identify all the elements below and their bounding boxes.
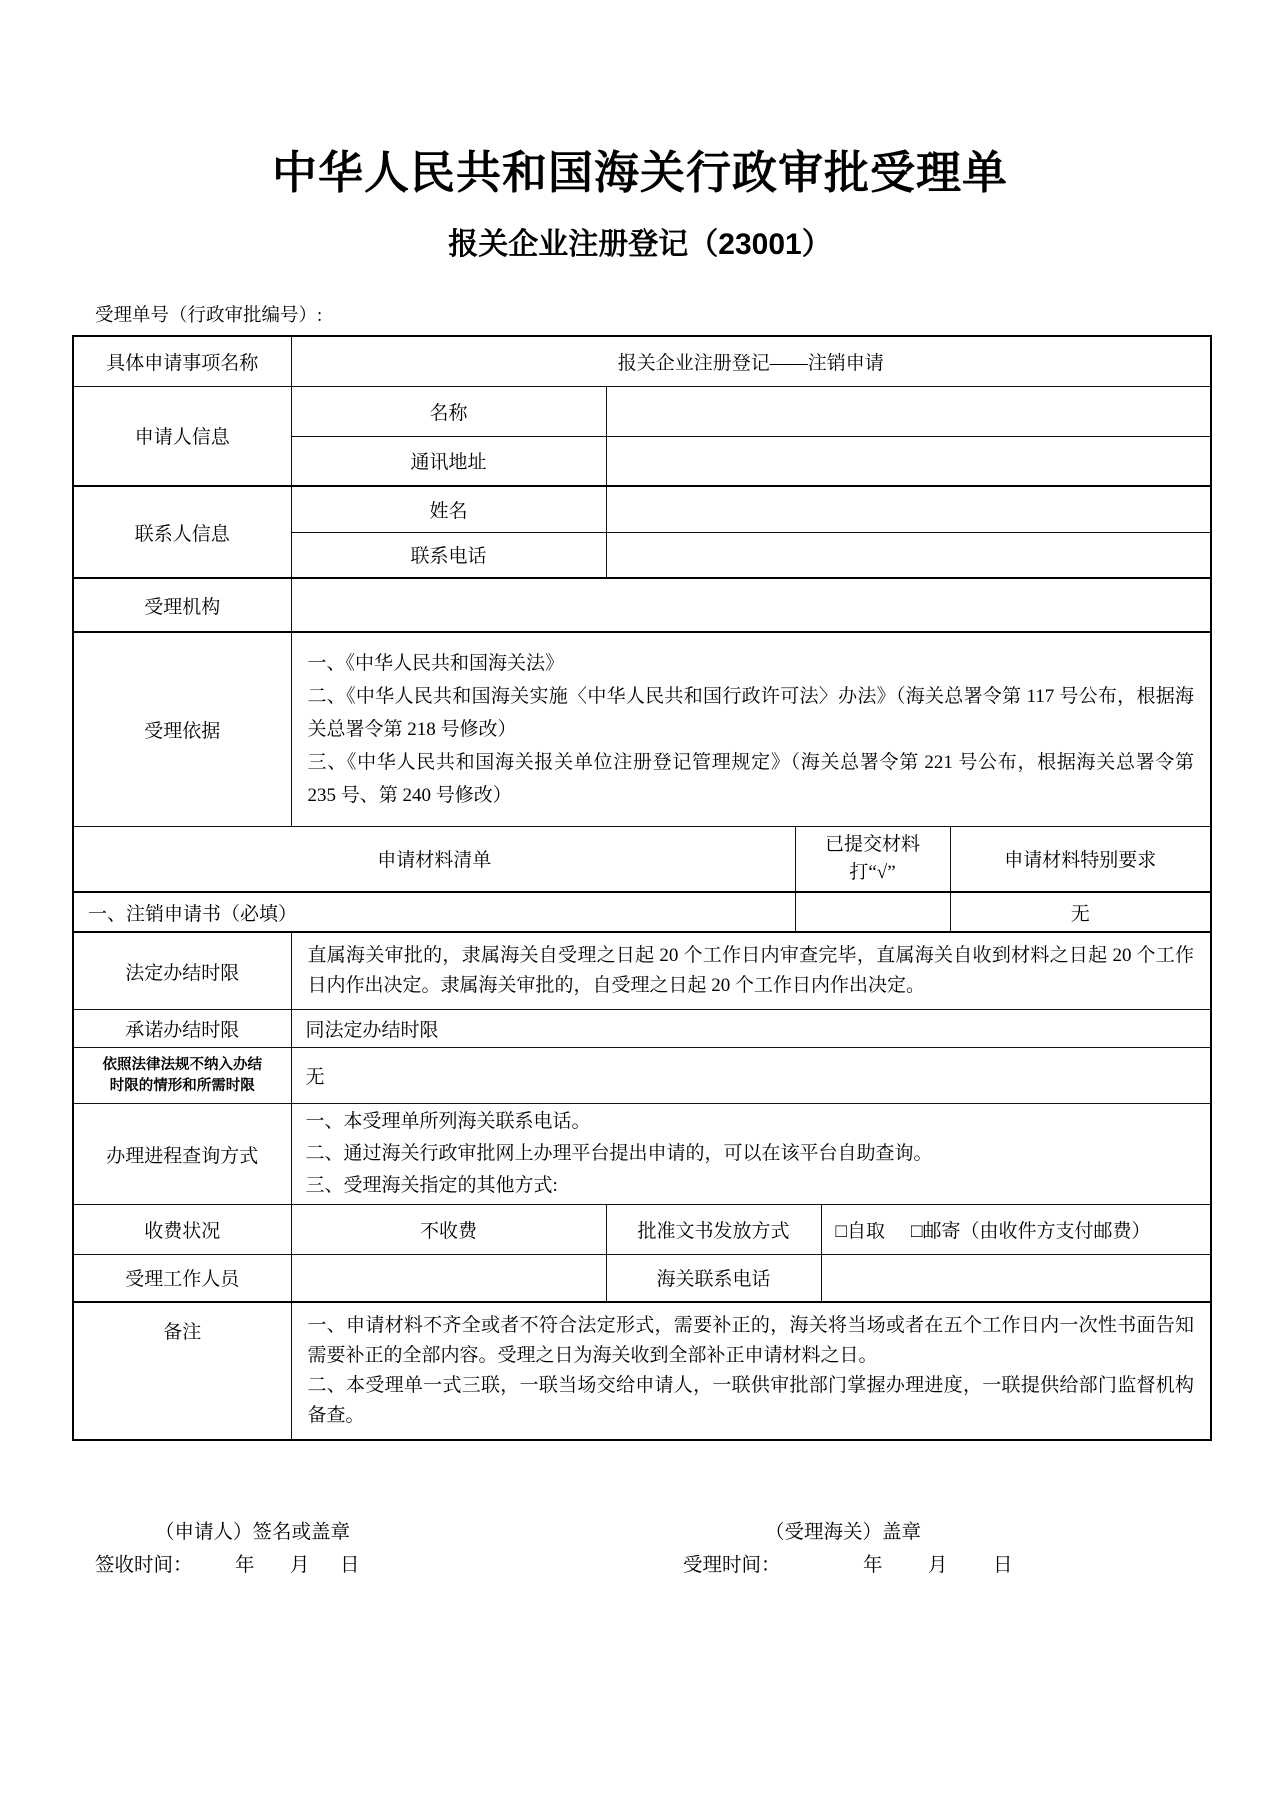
item-name-value: 报关企业注册登记——注销申请 — [291, 336, 1211, 386]
progress-query-line1: 一、本受理单所列海关联系电话。 — [306, 1106, 1197, 1138]
applicant-info-label: 申请人信息 — [73, 386, 291, 486]
contact-info-label: 联系人信息 — [73, 486, 291, 578]
staff-field[interactable] — [291, 1255, 606, 1302]
remarks-line1: 一、申请材料不齐全或者不符合法定形式，需要补正的，海关将当场或者在五个工作日内一… — [308, 1311, 1195, 1371]
contact-name-field[interactable] — [606, 486, 1211, 532]
material-row-name: 一、注销申请书（必填） — [73, 892, 795, 932]
remarks-line2: 二、本受理单一式三联，一联当场交给申请人，一联供审批部门掌握办理进度，一联提供给… — [308, 1371, 1195, 1431]
basis-line-2: 二、《中华人民共和国海关实施〈中华人民共和国行政许可法〉办法》（海关总署令第 1… — [308, 680, 1195, 746]
accept-time-year-label: 年 — [863, 1549, 883, 1577]
form-number-label: 受理单号（行政审批编号）: — [95, 306, 322, 326]
customs-phone-label: 海关联系电话 — [606, 1255, 821, 1302]
customs-seal-label: （受理海关）盖章 — [765, 1516, 921, 1544]
progress-query-label: 办理进程查询方式 — [73, 1104, 291, 1205]
material-row-special: 无 — [950, 892, 1211, 932]
applicant-name-field[interactable] — [606, 386, 1211, 436]
materials-submitted-line1: 已提交材料 — [800, 831, 946, 859]
sign-time-label: 签收时间： — [95, 1549, 193, 1577]
fee-status-label: 收费状况 — [73, 1205, 291, 1255]
accept-time-label: 受理时间： — [683, 1549, 781, 1577]
remarks-label: 备注 — [73, 1302, 291, 1440]
contact-phone-field[interactable] — [606, 532, 1211, 578]
item-name-label: 具体申请事项名称 — [73, 336, 291, 386]
accept-time-month-label: 月 — [928, 1549, 948, 1577]
sign-time-day-label: 日 — [340, 1549, 360, 1577]
applicant-sign-label: （申请人）签名或盖章 — [155, 1516, 350, 1544]
applicant-address-label: 通讯地址 — [291, 436, 606, 486]
basis-line-1: 一、《中华人民共和国海关法》 — [308, 647, 1195, 680]
materials-list-header: 申请材料清单 — [73, 826, 795, 892]
promised-limit-value: 同法定办结时限 — [291, 1010, 1211, 1048]
material-row-submitted-cell[interactable] — [795, 892, 950, 932]
materials-submitted-line2: 打“√” — [800, 859, 946, 887]
statutory-limit-label: 法定办结时限 — [73, 932, 291, 1010]
accepting-org-label: 受理机构 — [73, 578, 291, 632]
page-subtitle: 报关企业注册登记（23001） — [0, 219, 1280, 263]
materials-special-header: 申请材料特别要求 — [950, 826, 1211, 892]
acceptance-form-table: 具体申请事项名称 报关企业注册登记——注销申请 申请人信息 名称 通讯地址 联系… — [72, 335, 1212, 1441]
customs-phone-field[interactable] — [821, 1255, 1211, 1302]
fee-status-value: 不收费 — [291, 1205, 606, 1255]
form-number-line: 受理单号（行政审批编号）: — [95, 301, 322, 327]
document-delivery-label: 批准文书发放方式 — [606, 1205, 821, 1255]
accept-time-day-label: 日 — [993, 1549, 1013, 1577]
pickup-option-label: 自取 — [847, 1221, 885, 1242]
excluded-limit-label-line2: 时限的情形和所需时限 — [78, 1076, 287, 1097]
pickup-checkbox[interactable]: □ — [836, 1221, 847, 1243]
excluded-limit-label: 依照法律法规不纳入办结 时限的情形和所需时限 — [73, 1048, 291, 1104]
progress-query-content: 一、本受理单所列海关联系电话。 二、通过海关行政审批网上办理平台提出申请的，可以… — [291, 1104, 1211, 1205]
document-delivery-options: □自取□邮寄（由收件方支付邮费） — [821, 1205, 1211, 1255]
progress-query-line3: 三、受理海关指定的其他方式: — [306, 1170, 1197, 1202]
basis-content: 一、《中华人民共和国海关法》 二、《中华人民共和国海关实施〈中华人民共和国行政许… — [291, 632, 1211, 826]
excluded-limit-value: 无 — [291, 1048, 1211, 1104]
basis-line-3: 三、《中华人民共和国海关报关单位注册登记管理规定》（海关总署令第 221 号公布… — [308, 746, 1195, 812]
staff-label: 受理工作人员 — [73, 1255, 291, 1302]
sign-time-year-label: 年 — [235, 1549, 255, 1577]
excluded-limit-label-line1: 依照法律法规不纳入办结 — [78, 1055, 287, 1076]
statutory-limit-value: 直属海关审批的，隶属海关自受理之日起 20 个工作日内审查完毕，直属海关自收到材… — [291, 932, 1211, 1010]
applicant-name-label: 名称 — [291, 386, 606, 436]
page-title: 中华人民共和国海关行政审批受理单 — [0, 136, 1280, 201]
contact-name-label: 姓名 — [291, 486, 606, 532]
mail-option-label: 邮寄（由收件方支付邮费） — [922, 1221, 1150, 1242]
promised-limit-label: 承诺办结时限 — [73, 1010, 291, 1048]
accepting-org-field[interactable] — [291, 578, 1211, 632]
sign-time-month-label: 月 — [290, 1549, 310, 1577]
contact-phone-label: 联系电话 — [291, 532, 606, 578]
mail-checkbox[interactable]: □ — [911, 1221, 922, 1243]
progress-query-line2: 二、通过海关行政审批网上办理平台提出申请的，可以在该平台自助查询。 — [306, 1138, 1197, 1170]
basis-label: 受理依据 — [73, 632, 291, 826]
remarks-content: 一、申请材料不齐全或者不符合法定形式，需要补正的，海关将当场或者在五个工作日内一… — [291, 1302, 1211, 1440]
applicant-address-field[interactable] — [606, 436, 1211, 486]
materials-submitted-header: 已提交材料 打“√” — [795, 826, 950, 892]
